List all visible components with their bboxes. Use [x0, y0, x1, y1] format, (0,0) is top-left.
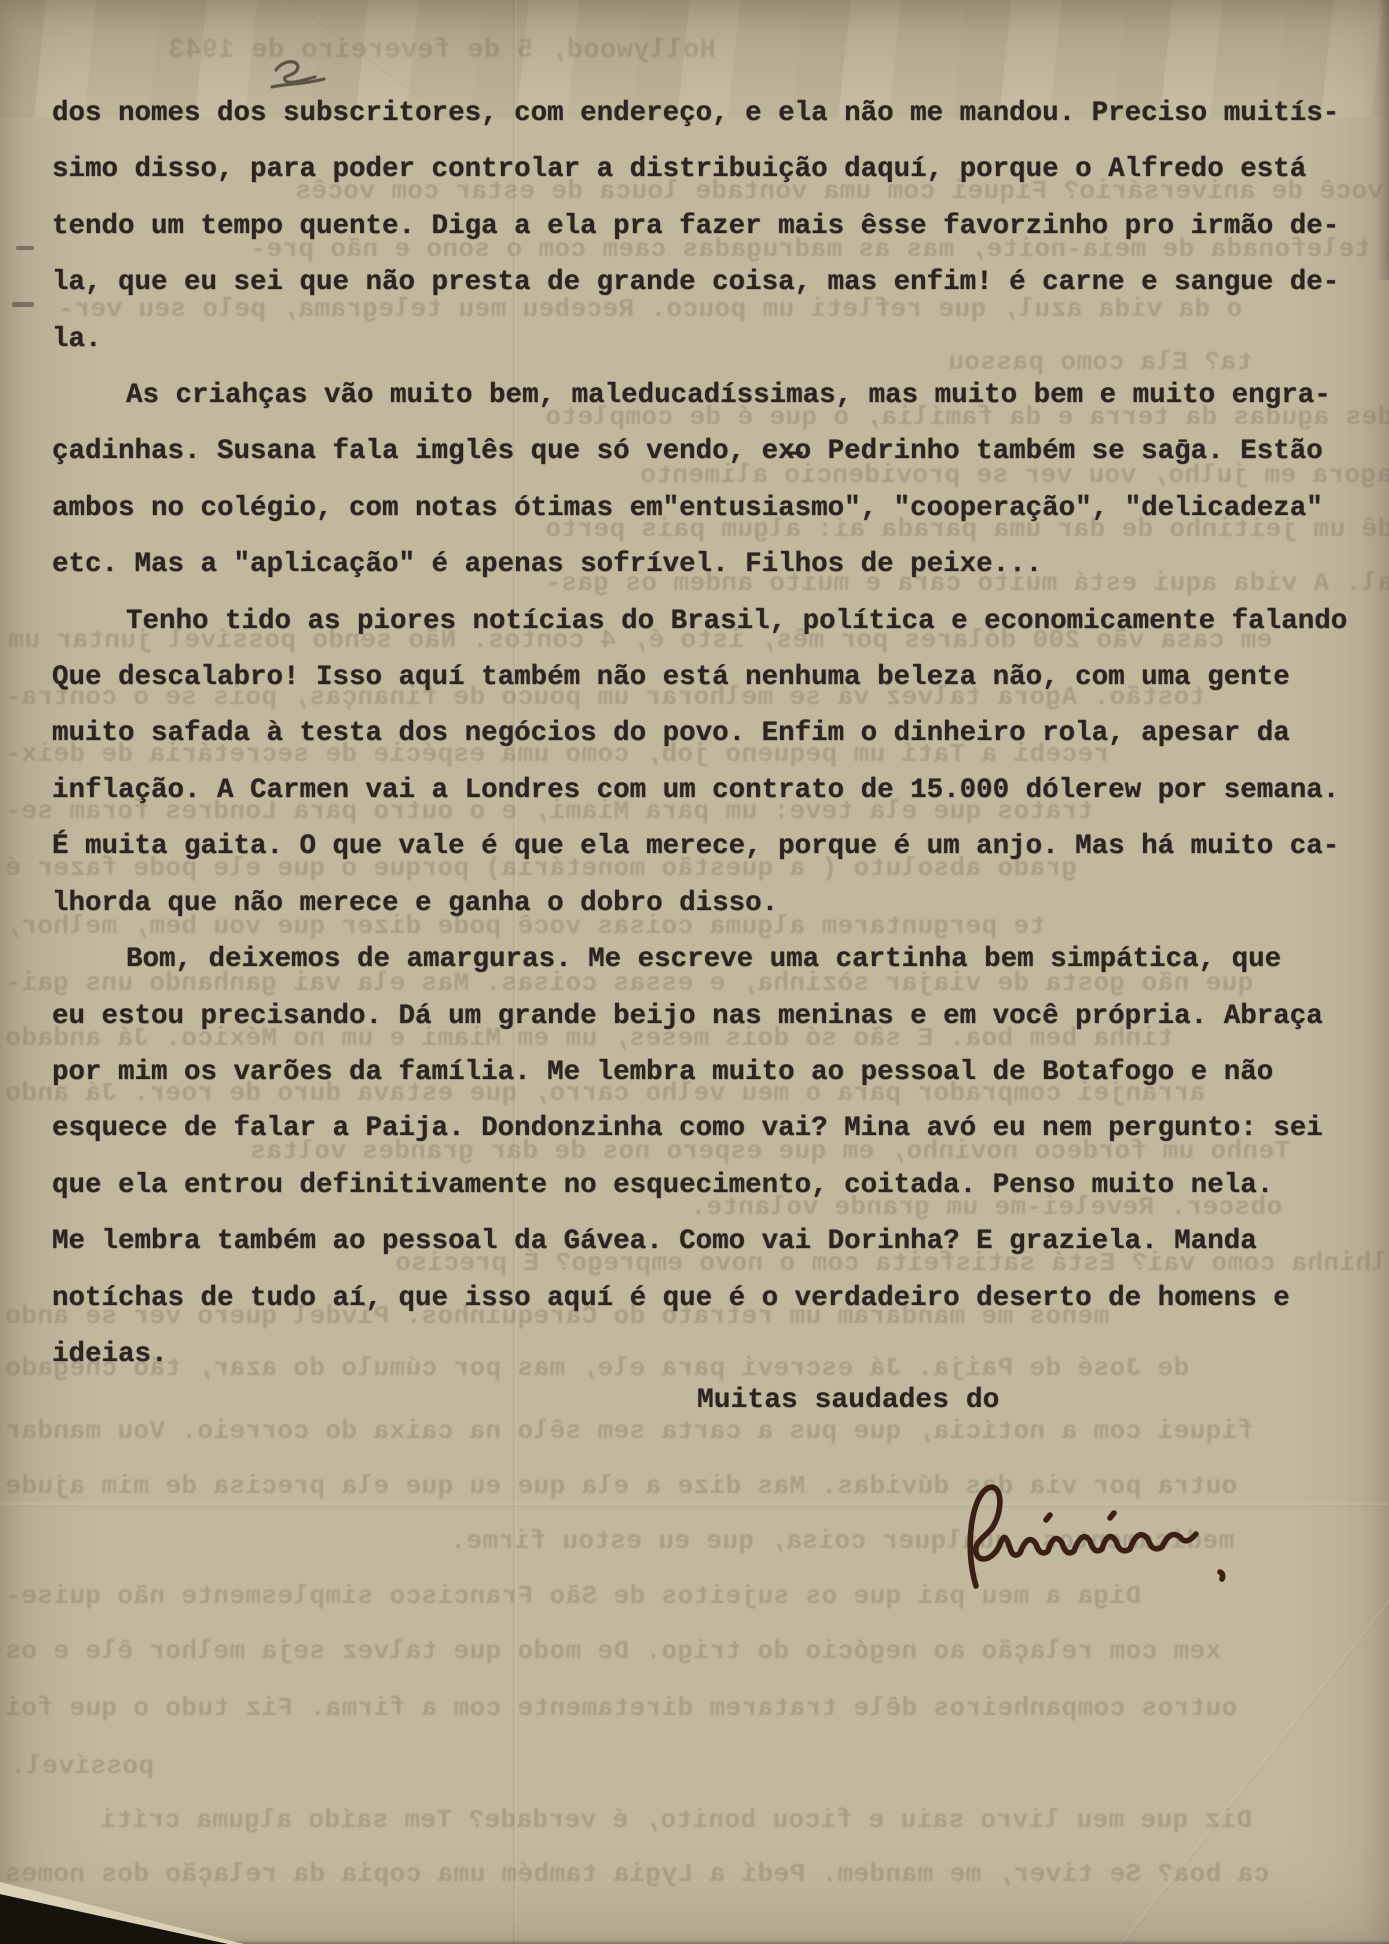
typed-line: eu estou precisando. Dá um grande beijo … — [52, 989, 1360, 1045]
typed-line: la, que eu sei que não presta de grande … — [52, 255, 1360, 311]
typed-line: esquece de falar a Paija. Dondonzinha co… — [52, 1101, 1360, 1157]
typed-line: etc. Mas a "aplicação" é apenas sofrível… — [52, 537, 1360, 593]
ghost-line: possível. — [10, 1751, 154, 1781]
typed-line: ideias. — [52, 1327, 1360, 1383]
ghost-line: fiquei com a notícia, que pus a carta se… — [5, 1416, 1253, 1446]
ghost-line: outros companheiros dêle tratarem direta… — [5, 1693, 1237, 1723]
ghost-line: Hollywood, 5 de fevereiro de 1943 — [168, 36, 716, 66]
typed-line: Me lembra também ao pessoal da Gávea. Co… — [52, 1214, 1360, 1270]
typed-line: la. — [52, 312, 1360, 368]
typed-line: tendo um tempo quente. Diga a ela pra fa… — [52, 199, 1360, 255]
margin-dash — [16, 246, 34, 250]
ghost-line: xem com relação ao negócio do trigo. De … — [5, 1636, 1221, 1666]
torn-corner — [0, 1892, 228, 1944]
typed-line: Que descalabro! Isso aquí também não est… — [52, 650, 1360, 706]
typed-line: muito safada à testa dos negócios do pov… — [52, 706, 1360, 762]
typed-line: dos nomes dos subscritores, com endereço… — [52, 86, 1360, 142]
typed-line: É muita gaita. O que vale é que ela mere… — [52, 819, 1360, 875]
typed-line: Bom, deixemos de amarguras. Me escreve u… — [52, 932, 1360, 988]
corner-fold-edge — [0, 1882, 244, 1944]
signature-vinicius — [948, 1474, 1248, 1596]
ghost-line: Diz que meu livro saiu e ficou bonito, é… — [100, 1805, 1252, 1835]
crease-line — [1118, 1536, 1389, 1944]
typed-line: ambos no colégio, com notas ótimas em"en… — [52, 481, 1360, 537]
typed-line: que ela entrou definitivamente no esquec… — [52, 1158, 1360, 1214]
ghost-line: ca boa? Se tiver, me mandem. Pedí a Lygi… — [5, 1859, 1269, 1889]
letter-page: Hollywood, 5 de fevereiro de 1943Como fo… — [0, 0, 1389, 1944]
typed-line: lhorda que não merece e ganha o dobro di… — [52, 876, 1360, 932]
typed-line: inflação. A Carmen vai a Londres com um … — [52, 763, 1360, 819]
paper-edge-shadow — [1377, 0, 1389, 280]
typed-line: çadinhas. Susana fala imglês que só vend… — [52, 424, 1360, 480]
typed-line: por mim os varões da família. Me lembra … — [52, 1045, 1360, 1101]
margin-dash — [12, 302, 34, 307]
typed-line: As criahças vão muito bem, maleducadíssi… — [52, 368, 1360, 424]
typed-line: Tenho tido as piores notícias do Brasil,… — [52, 594, 1360, 650]
paper-edge-shadow — [0, 1940, 1389, 1944]
typed-line: notíchas de tudo aí, que isso aquí é que… — [52, 1271, 1360, 1327]
letter-body: dos nomes dos subscritores, com endereço… — [52, 86, 1360, 1383]
typed-line: simo disso, para poder controlar a distr… — [52, 142, 1360, 198]
closing-line: Muitas saudades do — [697, 1385, 999, 1416]
